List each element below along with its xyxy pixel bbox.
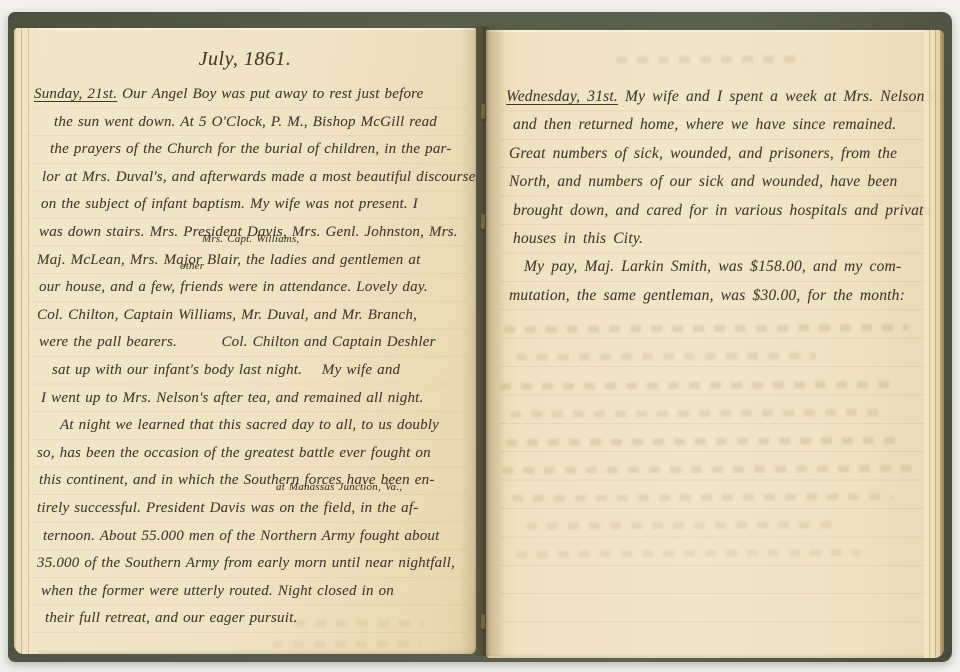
line-text: were the pall bearers. Col. Chilton and … <box>39 334 436 350</box>
diary-line: and then returned home, where we have si… <box>506 111 940 139</box>
line-text: houses in this City. <box>513 230 643 247</box>
bleed-through-line <box>526 521 836 530</box>
line-text: North, and numbers of our sick and wound… <box>509 173 897 190</box>
bleed-through-line <box>504 324 909 333</box>
diary-line: lor at Mrs. Duval's, and afterwards made… <box>34 164 472 192</box>
line-text: the prayers of the Church for the burial… <box>50 141 451 157</box>
bleed-through-heading <box>616 56 806 64</box>
diary-line: on the subject of infant baptism. My wif… <box>34 191 472 219</box>
diary-line: At night we learned that this sacred day… <box>34 412 472 440</box>
line-text: tirely successful. President Davis was o… <box>37 500 418 516</box>
diary-line: the prayers of the Church for the burial… <box>34 136 472 164</box>
bleed-through-line <box>510 409 880 418</box>
diary-line: at Manassas Junction, Va.,tirely success… <box>34 495 472 523</box>
diary-line: brought down, and cared for in various h… <box>506 197 940 225</box>
interline-insertion-williams: Mrs. Capt. Williams, <box>202 234 299 245</box>
diary-line: Wednesday, 31st. My wife and I spent a w… <box>506 83 940 111</box>
line-text: At night we learned that this sacred day… <box>60 417 439 433</box>
diary-line: Sunday, 21st. Our Angel Boy was put away… <box>34 81 472 109</box>
line-text: on the subject of infant baptism. My wif… <box>41 196 418 212</box>
line-text: and then returned home, where we have si… <box>513 116 896 133</box>
line-text: brought down, and cared for in various h… <box>513 202 931 219</box>
bleed-through-line <box>516 352 816 361</box>
diary-line: 35.000 of the Southern Army from early m… <box>34 550 472 578</box>
line-text: sat up with our infant's body last night… <box>52 362 400 378</box>
entry-date-heading: Sunday, 21st. <box>34 86 117 102</box>
binding-stitch <box>481 614 486 629</box>
diary-line: Col. Chilton, Captain Williams, Mr. Duva… <box>34 302 472 330</box>
diary-book: July, 1861. Sunday, 21st. Our Angel Boy … <box>8 12 952 662</box>
line-text: when the former were utterly routed. Nig… <box>41 583 394 599</box>
line-text: ternoon. About 55.000 men of the Norther… <box>43 528 439 544</box>
line-text: 35.000 of the Southern Army from early m… <box>37 555 455 571</box>
right-page: Wednesday, 31st. My wife and I spent a w… <box>486 30 944 658</box>
diary-line: North, and numbers of our sick and wound… <box>506 168 940 196</box>
line-text: our house, and a few, friends were in at… <box>39 279 428 295</box>
line-text: Great numbers of sick, wounded, and pris… <box>509 145 897 162</box>
diary-line: otherour house, and a few, friends were … <box>34 274 472 302</box>
diary-line: so, has been the occasion of the greates… <box>34 440 472 468</box>
diary-line: Great numbers of sick, wounded, and pris… <box>506 140 940 168</box>
interline-insertion-manassas: at Manassas Junction, Va., <box>276 482 402 493</box>
line-text: My pay, Maj. Larkin Smith, was $158.00, … <box>524 258 901 275</box>
line-text: I went up to Mrs. Nelson's after tea, an… <box>41 390 424 406</box>
diary-line: mutation, the same gentleman, was $30.00… <box>506 282 940 310</box>
diary-line: when the former were utterly routed. Nig… <box>34 578 472 606</box>
photo-backdrop: July, 1861. Sunday, 21st. Our Angel Boy … <box>0 0 960 672</box>
binding-stitch <box>481 214 486 229</box>
bleed-through-line <box>516 549 861 558</box>
month-heading: July, 1861. <box>14 48 476 71</box>
line-text: so, has been the occasion of the greates… <box>37 445 431 461</box>
diary-line: I went up to Mrs. Nelson's after tea, an… <box>34 385 472 413</box>
left-page: July, 1861. Sunday, 21st. Our Angel Boy … <box>14 28 476 654</box>
diary-line: houses in this City. <box>506 225 940 253</box>
diary-line: the sun went down. At 5 O'Clock, P. M., … <box>34 109 472 137</box>
binding-stitch <box>481 104 486 119</box>
bleed-through-line <box>502 465 912 474</box>
interline-insertion-other: other <box>180 261 204 272</box>
bleed-through-line <box>512 493 892 502</box>
line-text: My wife and I spent a week at Mrs. Nelso… <box>618 88 938 105</box>
diary-line: Mrs. Capt. Williams,Maj. McLean, Mrs. Ma… <box>34 247 472 275</box>
diary-line: My pay, Maj. Larkin Smith, was $158.00, … <box>506 253 940 281</box>
diary-line: ternoon. About 55.000 men of the Norther… <box>34 523 472 551</box>
line-text: lor at Mrs. Duval's, and afterwards made… <box>42 169 476 185</box>
diary-entry-left: Sunday, 21st. Our Angel Boy was put away… <box>34 81 472 633</box>
line-text: Maj. McLean, Mrs. Major Blair, the ladie… <box>37 252 420 268</box>
line-text: Col. Chilton, Captain Williams, Mr. Duva… <box>37 307 417 323</box>
diary-line: this continent, and in which the Souther… <box>34 467 472 495</box>
line-text: mutation, the same gentleman, was $30.00… <box>509 287 905 304</box>
page-edge-stack-right <box>924 30 944 658</box>
line-text: their full retreat, and our eager pursui… <box>45 610 297 626</box>
line-text: Our Angel Boy was put away to rest just … <box>117 86 423 102</box>
entry-date-heading: Wednesday, 31st. <box>506 88 618 105</box>
diary-line: sat up with our infant's body last night… <box>34 357 472 385</box>
diary-line: their full retreat, and our eager pursui… <box>34 605 472 633</box>
diary-line: were the pall bearers. Col. Chilton and … <box>34 329 472 357</box>
line-text: the sun went down. At 5 O'Clock, P. M., … <box>54 114 437 130</box>
bleed-through-line <box>506 437 906 446</box>
bleed-through-line <box>272 641 422 649</box>
bleed-through-line <box>500 381 895 390</box>
diary-entry-right: Wednesday, 31st. My wife and I spent a w… <box>506 83 940 310</box>
